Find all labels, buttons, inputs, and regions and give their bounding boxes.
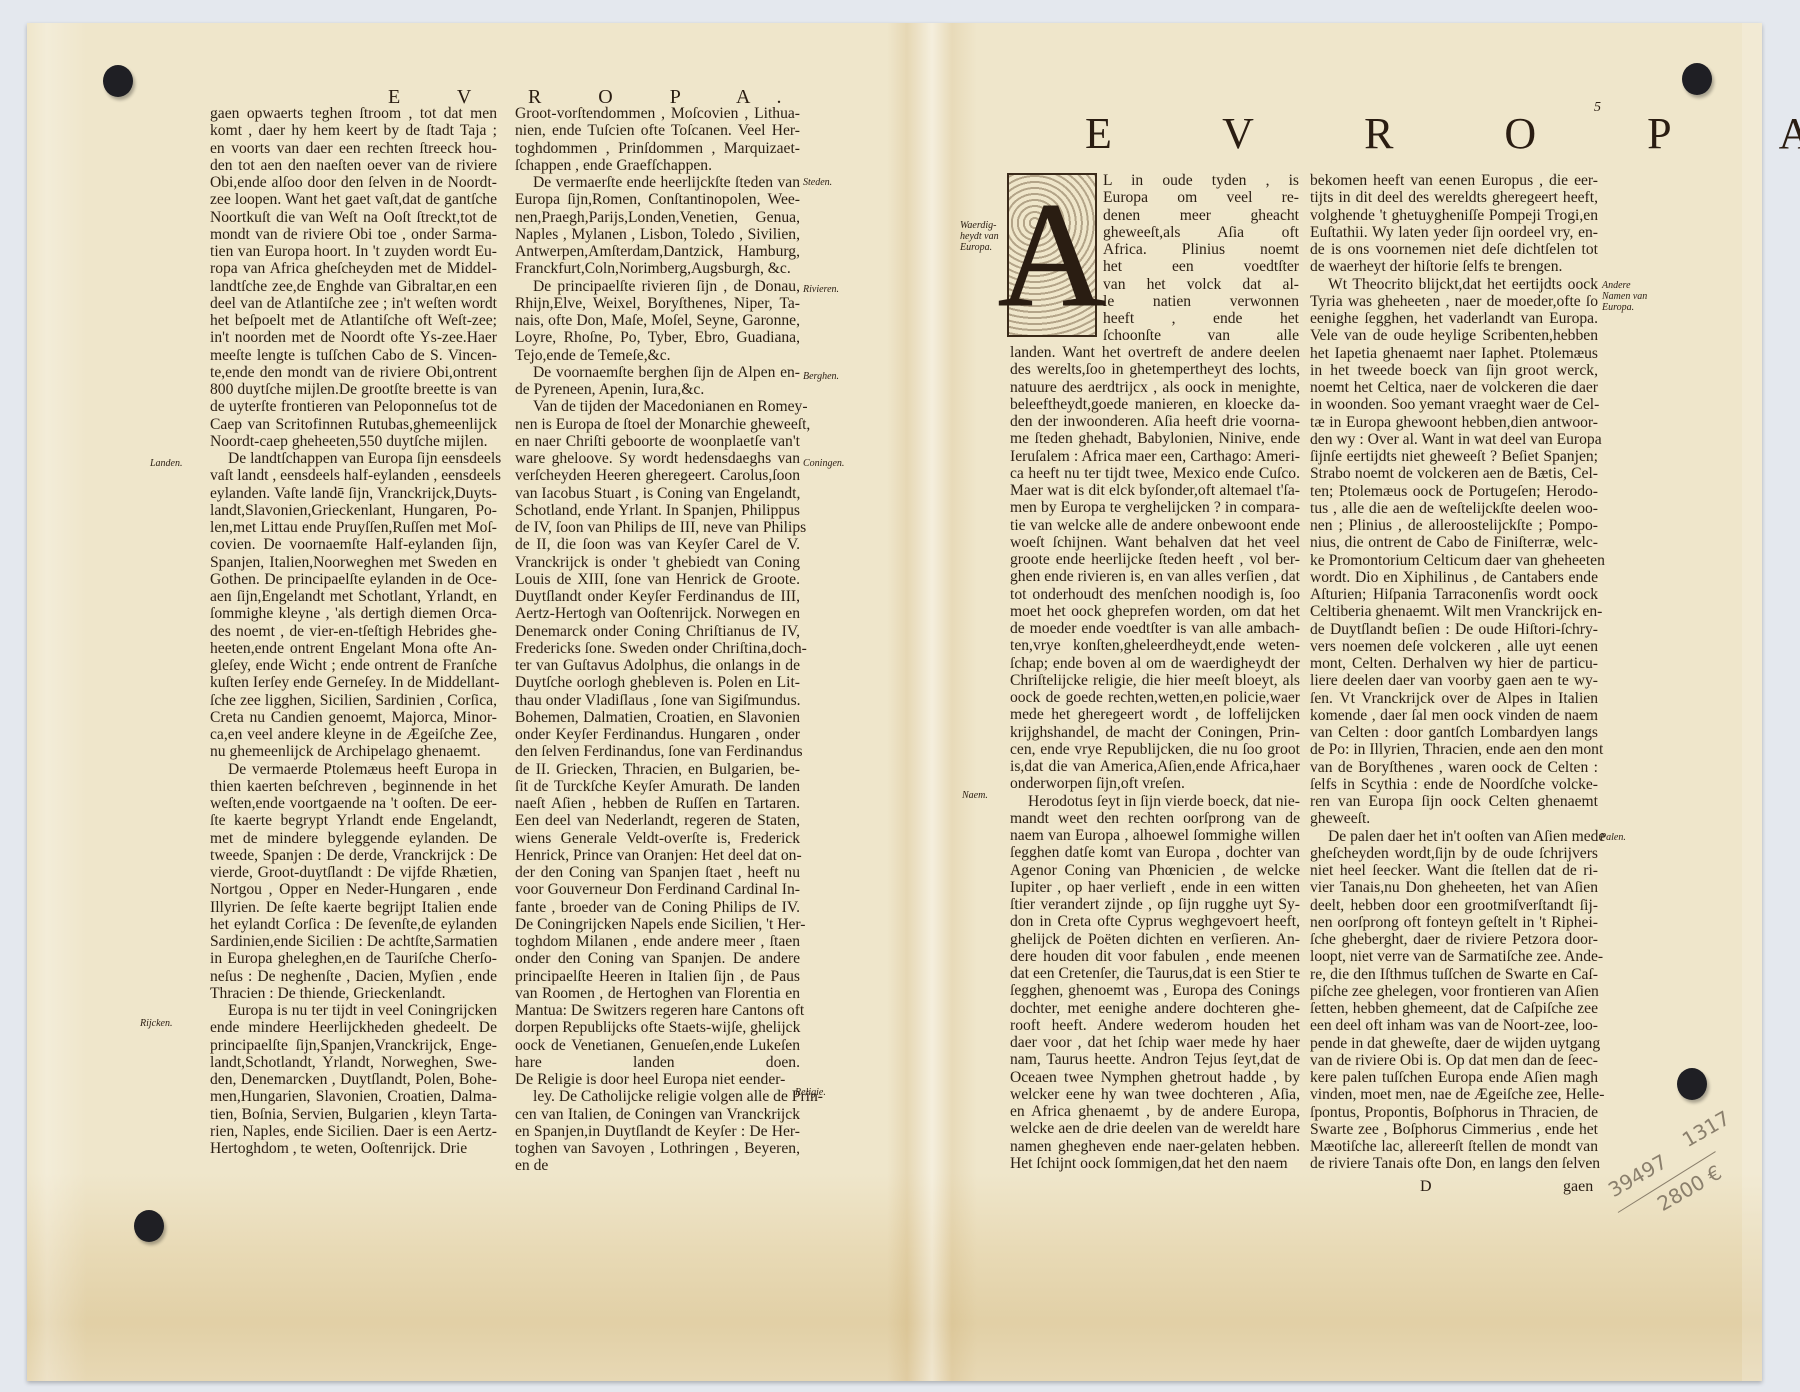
- text-line: Rhijn,Elve, Weixel, Boryſthenes, Niper, …: [515, 295, 800, 312]
- text-line: oock de goede rechten,wetten,en policie,…: [1010, 689, 1300, 706]
- text-line: rooft heeft. Andere wederom houden het: [1010, 1017, 1300, 1034]
- text-line: ter van Guſtavus Adolphus, die onlangs i…: [515, 657, 800, 674]
- text-line: ſommighe kleyne , 'als dertigh diemen Or…: [210, 605, 497, 622]
- text-line: loopt, niet verre van de Sarmatiſche zee…: [1310, 948, 1598, 965]
- margin-note-steden: Steden.: [803, 177, 832, 188]
- right-page-column-1: landen. Want het overtreft de andere dee…: [1010, 344, 1300, 1172]
- text-line: nen ; Plinius , de alleroostelijckſte ; …: [1310, 517, 1598, 534]
- text-line: tie van welcke alle de andere onbewoont …: [1010, 517, 1300, 534]
- magnet-mid-right: [1677, 1068, 1707, 1100]
- text-line: van Iacobus Stuart , is Coning van Engel…: [515, 485, 800, 502]
- text-line: landt,Slavonien,Grieckenlant, Hungaren, …: [210, 502, 497, 519]
- margin-note-palen: Palen.: [1600, 832, 1626, 843]
- text-line: vier Tanais,nu Don gheheeten, het van Aſ…: [1310, 879, 1598, 896]
- text-line: Franckfurt,Coln,Norimberg,Augsburgh, &c.: [515, 260, 800, 277]
- text-line: dat een Cretenſer, die Taurus,dat is een…: [1010, 965, 1300, 982]
- text-line: meeſte lengte is tuſſchen Cabo de S. Vin…: [210, 347, 497, 364]
- text-line: cen van Italien, de Coningen van Vranckr…: [515, 1106, 800, 1123]
- text-line: aen ſijn,Engelandt met Schotlant, Yrland…: [210, 588, 497, 605]
- text-line: Iupiter , op haer verlieft , ende in een…: [1010, 879, 1300, 896]
- text-line: dochter, met eenighe andere dochteren gh…: [1010, 1000, 1300, 1017]
- text-line: nius, die ontrent de Cabo de Finiſterræ,…: [1310, 534, 1598, 551]
- text-line: Tejo,ende de Temeſe,&c.: [515, 347, 800, 364]
- text-line: wordt. Dio en Xiphilinus , de Cantabers …: [1310, 569, 1598, 586]
- text-line: gleſey, ende Wicht ; ende ontrent de Fra…: [210, 657, 497, 674]
- text-line: Van de tijden der Macedonianen en Romey-: [515, 398, 800, 415]
- text-line: tien, Boſnia, Servien, Bulgarien , kleyn…: [210, 1106, 497, 1123]
- text-line: re, die den Iſthmus tuſſchen de Swarte e…: [1310, 966, 1598, 983]
- text-line: Chriſtelijcke religie, die hier meeſt bl…: [1010, 672, 1300, 689]
- text-line: ſchoonſte van alle: [1103, 327, 1299, 344]
- text-line: in woonden. Soo yemant vraeght waer de C…: [1310, 396, 1598, 413]
- text-line: men by Europa te verghelijcken ? in comp…: [1010, 499, 1300, 516]
- text-line: Naples , Mylanen , Lisbon, Toledo , Sivi…: [515, 226, 800, 243]
- text-line: ſijnſe eertijdts niet gheweeſt ? Beſiet …: [1310, 448, 1598, 465]
- text-line: den der inwoonderen. Aſia heeft drie voo…: [1010, 413, 1300, 430]
- text-line: onder den Coning van Spanjen. De andere: [515, 950, 800, 967]
- text-line: volghende 't ghetuygheniſſe Pompeji Trog…: [1310, 207, 1598, 224]
- text-line: nen is Europa de ſtoel der Monarchie ghe…: [515, 416, 800, 433]
- text-line: principaelſte Heeren in Italien ſijn , d…: [515, 968, 800, 985]
- text-line: niet heel ſeecker. Want die ſtellen dat …: [1310, 862, 1598, 879]
- text-line: don in Creta ofte Cyprus weghgevoert hee…: [1010, 913, 1300, 930]
- text-line: ley. De Catholijcke religie volgen alle …: [515, 1088, 800, 1105]
- text-line: beleeftheydt,goede manieren, en kloecke …: [1010, 396, 1300, 413]
- left-page-column-1: gaen opwaerts teghen ſtroom , tot dat me…: [210, 105, 497, 1157]
- text-line: Henrick, Prince van Oranjen: Het deel da…: [515, 847, 800, 864]
- text-line: den tot aen den naeſten oever van de riv…: [210, 157, 497, 174]
- text-line: van de riviere Obi is. Op dat men dan de…: [1310, 1052, 1598, 1069]
- text-line: tweede, Spanjen : De derde, Vranckrijck …: [210, 847, 497, 864]
- text-line: weſten,ende voortgaende na 't ooſten. De…: [210, 795, 497, 812]
- text-line: het beſpoelt met de Atlantiſche oft Weſt…: [210, 312, 497, 329]
- text-line: Gothen. De principaelſte eylanden in de …: [210, 571, 497, 588]
- text-line: mondt van de riviere Obi toe , onder Sar…: [210, 226, 497, 243]
- text-line: in't noorden met de Noordt ofte Ys-zee.H…: [210, 329, 497, 346]
- text-line: ware gheloove. Sy wordt hedensdaeghs van: [515, 450, 800, 467]
- text-line: Agenor Coning van Phœnicien , de welcke: [1010, 862, 1300, 879]
- text-line: Swarte zee , Boſphorus Cimmerius , ende …: [1310, 1121, 1598, 1138]
- text-line: Noortkuſt die van Weſt na Ooſt ſtreckt,t…: [210, 209, 497, 226]
- text-line: principaelſte ſijn,Spanjen,Vranckrijck, …: [210, 1037, 497, 1054]
- text-line: gheweeſt.: [1310, 810, 1598, 827]
- text-line: heeft , ende het: [1103, 310, 1299, 327]
- text-line: Tyria was gheheeten , naer de moeder,oft…: [1310, 293, 1598, 310]
- text-line: Africa. Plinius noemt: [1103, 241, 1299, 258]
- text-line: ſche zee ligghen, Sicilien, Sardinien , …: [210, 692, 497, 709]
- text-line: daer voor , dat het ſchip waer mede hy h…: [1010, 1034, 1300, 1051]
- text-line: en voorts van daer een rechten ſtreeck h…: [210, 140, 497, 157]
- text-line: van Roomen , de Hertoghen van Florentia …: [515, 985, 800, 1002]
- text-line: moet het oock gheprefen worden, om dat h…: [1010, 603, 1300, 620]
- text-line: ren van Europa ſijn oock Celten ghenaemt: [1310, 793, 1598, 810]
- text-line: L in oude tyden , is: [1103, 172, 1299, 189]
- text-line: Een deel van Nederlandt, regeren de Stat…: [515, 812, 800, 829]
- text-line: ſelfs in Scythia : ende de Noordſche vol…: [1310, 776, 1598, 793]
- text-line: bekomen heeft van eenen Europus , die ee…: [1310, 172, 1598, 189]
- text-line: De vermaerde Ptolemæus heeft Europa in: [210, 761, 497, 778]
- text-line: covien. De voornaemſte Half-eylanden ſij…: [210, 536, 497, 553]
- text-line: der den Coning van Spanjen ſtaet , heeft…: [515, 864, 800, 881]
- text-line: me ſteden ghehadt, Babylonien, Ninive, e…: [1010, 430, 1300, 447]
- text-line: komt , daer hy hem keert by de ſtadt Taj…: [210, 122, 497, 139]
- text-line: denen meer gheacht: [1103, 207, 1299, 224]
- text-line: Obi,ende alſoo door den ſelven in de Noo…: [210, 174, 497, 191]
- text-line: De Religie is door heel Europa niet eend…: [515, 1071, 800, 1088]
- catchword: gaen: [1563, 1178, 1593, 1196]
- text-line: noemt het Celtica, naer de volckeren die…: [1310, 379, 1598, 396]
- text-line: ca heeft nu ter tijdt twee, Mexico ende …: [1010, 465, 1300, 482]
- text-line: ſetten, hebben ghemeent, dat de Caſpiſch…: [1310, 1000, 1598, 1017]
- text-line: Thracien : De thiende, Grieckenlandt.: [210, 985, 497, 1002]
- text-line: zee loopen. Want het gaet vaſt,dat de ga…: [210, 191, 497, 208]
- text-line: landt,Schotlandt, Yrlandt, Norweghen, Sw…: [210, 1054, 497, 1071]
- text-line: is,dat die van America,Aſien,ende Africa…: [1010, 758, 1300, 775]
- text-line: len,met Littau ende Pruyſſen,Ruſſen met …: [210, 519, 497, 536]
- text-line: Mæotiſche lac, allereerſt ſtellen de mon…: [1310, 1138, 1598, 1155]
- text-line: woeſt ſchijnen. Want behalven dat het ve…: [1010, 534, 1300, 551]
- text-line: ende mindere Heerlijckheden ghedeelt. De: [210, 1019, 497, 1036]
- text-line: De landtſchappen van Europa ſijn eensdee…: [210, 450, 497, 467]
- text-line: ſche gheberght, daer de riviere Petzora …: [1310, 931, 1598, 948]
- text-line: des werelts,ſoo in ghetempertheyt des lo…: [1010, 361, 1300, 378]
- text-line: nen oorſprong oft fonteyn geſtelt in 't …: [1310, 914, 1598, 931]
- text-line: De palen daer het in't ooſten van Aſien …: [1310, 828, 1598, 845]
- text-line: namen ghegheven ende naer-gelaten hebben…: [1010, 1138, 1300, 1155]
- text-line: toghen van Savoyen , Lothringen , Beyere…: [515, 1140, 800, 1157]
- text-line: De voornaemſte berghen ſijn de Alpen en-: [515, 364, 800, 381]
- text-line: ſte kaerte begrypt Yrlandt ende Engeland…: [210, 812, 497, 829]
- text-line: den ſelven Ferdinandus, ſone van Ferdina…: [515, 743, 800, 760]
- text-line: de Po: in Illyrien, Thracien, ende aen d…: [1310, 741, 1598, 758]
- text-line: en Africa ghenaemt , by de andere Europa…: [1010, 1103, 1300, 1120]
- text-line: vaſt landt , eensdeels half-eylanden , e…: [210, 467, 497, 484]
- text-line: deelt, hebben door een grootmiſverſtandt…: [1310, 897, 1598, 914]
- magnet-top-right: [1682, 63, 1712, 95]
- text-line: Vele van de oude heylige Scribenten,hebb…: [1310, 327, 1598, 344]
- text-line: de moeder ende voedtſter is van alle amb…: [1010, 620, 1300, 637]
- text-line: gheſcheyden wordt,ſijn by de oude ſchrij…: [1310, 845, 1598, 862]
- text-line: natuure des aerdtrijcx , als oock in men…: [1010, 379, 1300, 396]
- margin-note-religie: Religie.: [795, 1087, 826, 1098]
- text-line: thau onder Vladiſlaus , ſone van Sigiſmu…: [515, 692, 800, 709]
- text-line: ke Promontorium Celticum daer van ghehee…: [1310, 552, 1598, 569]
- text-line: Nortgou , Opper en Neder-Hungaren , ende: [210, 881, 497, 898]
- text-line: in Europa gheleghen,en de Tauriſche Cher…: [210, 950, 497, 967]
- text-line: Hertoghdom , te weten, Ooſtenrijck. Drie: [210, 1140, 497, 1157]
- text-line: de Pyreneen, Apenin, Iura,&c.: [515, 381, 800, 398]
- text-line: en de: [515, 1157, 800, 1174]
- text-line: met de mindere byleggende eylanden. De: [210, 830, 497, 847]
- text-line: onder Keyſer Ferdinandus. Hungaren , ond…: [515, 726, 800, 743]
- text-line: toghdommen , Prinſdommen , Marquizaet-: [515, 140, 800, 157]
- text-line: ten; Ptolemæus oock de Portugeſen; Herod…: [1310, 483, 1598, 500]
- margin-note-coningen: Coningen.: [803, 458, 844, 469]
- text-line: tijts in dit deel des wereldts gheregeer…: [1310, 189, 1598, 206]
- text-line: ſpontus, Propontis, Boſphorus in Thracie…: [1310, 1104, 1598, 1121]
- left-page-column-2: Groot-vorſtendommen , Moſcovien , Lithua…: [515, 105, 800, 1175]
- text-line: de IV, ſoon van Philips de III, neve van…: [515, 519, 800, 536]
- text-line: gheweeſt,als Aſia oft: [1103, 224, 1299, 241]
- text-line: mede het gheregeert wordt , de loffelijc…: [1010, 706, 1300, 723]
- text-line: Herodotus ſeyt in ſijn vierde boeck, dat…: [1010, 793, 1300, 810]
- text-line: Loyre, Rhoſne, Po, Tyber, Ebro, Guadiana…: [515, 329, 800, 346]
- text-line: gaen opwaerts teghen ſtroom , tot dat me…: [210, 105, 497, 122]
- text-line: en naer Chriſti geboorte de woonplaetſe …: [515, 433, 800, 450]
- signature-mark: D: [1420, 1178, 1432, 1196]
- text-line: tot onderhoudt des menſchen noodigh is, …: [1010, 586, 1300, 603]
- text-line: eenighe ſegghen, het vaderlandt van Euro…: [1310, 310, 1598, 327]
- text-line: van de Boryſthenes , waren oock de Celte…: [1310, 759, 1598, 776]
- text-line: te,ende den mondt van de riviere Obi,ont…: [210, 364, 497, 381]
- text-line: tus , alle die aen de weſtelijckſte deel…: [1310, 500, 1598, 517]
- text-line: groote ende heerlijcke ſteden heeft , vo…: [1010, 551, 1300, 568]
- right-page-column-2: bekomen heeft van eenen Europus , die ee…: [1310, 172, 1598, 1173]
- text-line: Denemarck onder Coning Chriſtianus de IV…: [515, 623, 800, 640]
- margin-note-andere-namen: Andere Namen van Europa.: [1602, 280, 1658, 313]
- text-line: Wt Theocrito blijckt,dat het eertijdts o…: [1310, 276, 1598, 293]
- text-line: piſche zee ghelegen, voor frontieren van…: [1310, 983, 1598, 1000]
- decorated-initial-a: A: [1007, 173, 1097, 337]
- text-line: nien, ende Tuſcien ofte Toſcanen. Veel H…: [515, 122, 800, 139]
- text-line: het Iapetia ghenaemt naer Iaphet. Ptolem…: [1310, 345, 1598, 362]
- text-line: Mantua: De Switzers regeren hare Cantons…: [515, 1002, 800, 1019]
- text-line: de is ons voornemen niet deſe dichtſelen…: [1310, 241, 1598, 258]
- text-line: het een voedtſter: [1103, 258, 1299, 275]
- text-line: de uyterſte frontieren van Peloponneſus …: [210, 398, 497, 415]
- text-line: van Celten : door gantſch Lombardyen lan…: [1310, 724, 1598, 741]
- text-line: Het ſchijnt oock ſommigen,dat het den na…: [1010, 1155, 1300, 1172]
- text-line: nu ghemeenlijck de Archipelago ghenaemt.: [210, 743, 497, 760]
- text-line: ghen ende rivieren is, en van alles verſ…: [1010, 568, 1300, 585]
- text-line: ſegghen datſe komt van Europa , dochter …: [1010, 844, 1300, 861]
- text-line: en Spanjen,in Duytſlandt de Keyſer : De …: [515, 1123, 800, 1140]
- text-line: in het tweede boeck van ſijn groot werck…: [1310, 362, 1598, 379]
- text-line: Aſturien; Hiſpania Tarraconenſis wordt o…: [1310, 586, 1598, 603]
- text-line: thien kaerten beſchreven , beginnende in…: [210, 778, 497, 795]
- text-line: toghdom Milanen , ende andere meer , ſta…: [515, 933, 800, 950]
- text-line: Strabo noemt de volckeren aen de Bætis, …: [1310, 465, 1598, 482]
- text-line: deel van de Atlantiſche zee ; in't weſte…: [210, 295, 497, 312]
- text-line: Vranckrijck is onder 't ghebiedt van Con…: [515, 554, 800, 571]
- text-line: nen,Praegh,Parijs,Londen,Venetien, Genua…: [515, 209, 800, 226]
- text-line: rien, Naples, ende Sicilien. Daer is een…: [210, 1123, 497, 1140]
- text-line: De Coningrijcken Napels ende Sicilien, '…: [515, 916, 800, 933]
- text-line: Caep van Scritofinnen Rutubas,ghemeenlij…: [210, 416, 497, 433]
- text-line: de riviere Tanais ofte Don, en langs den…: [1310, 1155, 1598, 1172]
- text-line: cen, ende vrye Republijcken, die nu ſoo …: [1010, 741, 1300, 758]
- text-line: 800 duytſche mijlen.De grootſte breette …: [210, 381, 497, 398]
- text-line: Euſtathii. Wy laten yeder ſijn oordeel v…: [1310, 224, 1598, 241]
- text-line: Celtiberia ghenaemt. Wilt men Vranckrijc…: [1310, 603, 1598, 620]
- text-line: nam, Taurus heette. Andron Tejus ſeyt,da…: [1010, 1051, 1300, 1068]
- text-line: komende , daer ſal men oock vinden de na…: [1310, 707, 1598, 724]
- text-line: landen. Want het overtreft de andere dee…: [1010, 344, 1300, 361]
- text-line: kere palen tuſſchen Europa ende Aſien ma…: [1310, 1069, 1598, 1086]
- margin-note-naem: Naem.: [962, 790, 988, 801]
- right-page-title: E V R O P A.: [1085, 108, 1800, 159]
- magnet-top-left: [103, 65, 133, 97]
- text-line: Fredericks ſone. Sweden onder Chriſtina,…: [515, 640, 800, 657]
- text-line: ſtier verandert zijnde , op ſijn rugghe …: [1010, 896, 1300, 913]
- margin-note-landen: Landen.: [150, 458, 183, 469]
- text-line: vers noemen deſe volckeren , alle uyt ee…: [1310, 638, 1598, 655]
- text-line: ſchap; ende boven al om de waerdigheydt …: [1010, 655, 1300, 672]
- margin-note-berghen: Berghen.: [803, 371, 839, 382]
- margin-note-rivieren: Rivieren.: [803, 284, 839, 295]
- text-line: nais, ofte Don, Maſe, Moſel, Seyne, Garo…: [515, 312, 800, 329]
- text-line: van het volck dat al-: [1103, 276, 1299, 293]
- text-line: eylanden. Vaſte landē ſijn, Vranckrijck,…: [210, 485, 497, 502]
- text-line: ten,vrye konſten,gheleerdheydt,ende wete…: [1010, 637, 1300, 654]
- margin-note-waerdigheydt: Waerdig-heydt van Europa.: [960, 220, 1002, 253]
- text-line: mandt weet den rechten oorſprong van de: [1010, 810, 1300, 827]
- text-line: vinden, moet men, nae de Ægeiſche zee, H…: [1310, 1086, 1598, 1103]
- text-line: tæ in Europa ghewoont hebben,dien antwoo…: [1310, 414, 1598, 431]
- text-line: men,Hungarien, Slavonien, Croatien, Dalm…: [210, 1088, 497, 1105]
- margin-note-rijcken: Rijcken.: [140, 1018, 172, 1029]
- text-line: Duytſche oorlogh ghebleven is. Polen en …: [515, 674, 800, 691]
- text-line: ſen. Vt Vranckrijck over de Alpes in Ita…: [1310, 690, 1598, 707]
- text-line: Spanjen, Italien,Noorweghen met Sweden e…: [210, 554, 497, 571]
- text-line: le natien verwonnen: [1103, 293, 1299, 310]
- text-line: kuſten Ierſey ende Gerneſey. In de Midde…: [210, 674, 497, 691]
- text-line: hare landen doen.: [515, 1054, 800, 1071]
- text-line: fante , broeder van de Coning Philips de…: [515, 899, 800, 916]
- text-line: des noemt , de vier-en-tſeſtigh Hebrides…: [210, 623, 497, 640]
- text-line: Schotland, ende Yrlant. In Spanjen, Phil…: [515, 502, 800, 519]
- text-line: naem van Europa , alhoewel ſommighe will…: [1010, 827, 1300, 844]
- text-line: Antwerpen,Amſterdam,Dantzick, Hamburg,: [515, 243, 800, 260]
- text-line: liere deelen daer van voorby gaen aen te…: [1310, 672, 1598, 689]
- text-line: Creta nu Candien genoemt, Majorca, Minor…: [210, 709, 497, 726]
- text-line: Illyrien. De ſeſte kaerte begrijpt Itali…: [210, 899, 497, 916]
- text-line: heeten,ende ontrent Engelant Mona ofte A…: [210, 640, 497, 657]
- text-line: De principaelſte rivieren ſijn , de Dona…: [515, 278, 800, 295]
- text-line: voor Gouverneur Don Ferdinand Cardinal I…: [515, 881, 800, 898]
- text-line: Europa om veel re-: [1103, 189, 1299, 206]
- text-line: onderworpen ſijn,oft vreſen.: [1010, 775, 1300, 792]
- text-line: ca,en veel andere kleyne in de Ægeiſche …: [210, 726, 497, 743]
- page-number: 5: [1594, 100, 1601, 116]
- text-line: pende in dat gheweſte, daer de wijden uy…: [1310, 1035, 1598, 1052]
- text-line: ſchappen , ende Graefſchappen.: [515, 157, 800, 174]
- text-line: landtſche zee,de Enghde van Gibraltar,en…: [210, 278, 497, 295]
- text-line: de II. Griecken, Thracien, en Bulgarien,…: [515, 761, 800, 778]
- text-line: Louis de XIII, ſone van Henrick de Groot…: [515, 571, 800, 588]
- text-line: dere houden dit voor fabulen , ende meen…: [1010, 948, 1300, 965]
- text-line: De vermaerſte ende heerlijckſte ſteden v…: [515, 174, 800, 191]
- text-line: Noordt-caep gheheeten,550 duytſche mijle…: [210, 433, 497, 450]
- text-line: Sardinien,ende Sicilien : De achtſte,Sar…: [210, 933, 497, 950]
- magnet-bottom-left: [134, 1210, 164, 1242]
- text-line: het eylandt Corſica : De ſevenſte,de eyl…: [210, 916, 497, 933]
- text-line: Bohemen, Dalmatien, Croatien, en Slavoni…: [515, 709, 800, 726]
- text-line: den, Denemarcken , Duytſlandt, Polen, Bo…: [210, 1071, 497, 1088]
- text-line: tien van Europa hoort. In 't zuyden word…: [210, 243, 497, 260]
- text-line: Maer wat is dit elck byſonder,oft altema…: [1010, 482, 1300, 499]
- text-line: de waerheyt der hiſtorie ſelfs te brenge…: [1310, 258, 1598, 275]
- text-line: mont, Celten. Derhalven wy hier de parti…: [1310, 655, 1598, 672]
- text-line: ſegghen, ghenoemt was , Europa des Conin…: [1010, 982, 1300, 999]
- text-line: neſus : De neghenſte , Dacien, Myſien , …: [210, 968, 497, 985]
- text-line: Europa is nu ter tijdt in veel Coningrij…: [210, 1002, 497, 1019]
- text-line: de II, die ſoon was van Keyſer Carel de …: [515, 536, 800, 553]
- text-line: een deel oft inham was van de Noort-zee,…: [1310, 1017, 1598, 1034]
- text-line: de Duytſlandt beſien : De oude Hiſtori-ſ…: [1310, 621, 1598, 638]
- text-line: Europa ſijn,Romen, Conſtantinopolen, Wee…: [515, 191, 800, 208]
- text-line: Groot-vorſtendommen , Moſcovien , Lithua…: [515, 105, 800, 122]
- text-line: den wy : Over al. Want in wat deel van E…: [1310, 431, 1598, 448]
- text-line: ghelijck de Poëten dichten en verſieren.…: [1010, 931, 1300, 948]
- paper-edge-strip: [1742, 23, 1762, 1381]
- text-line: ſit de Turckſche Keyſer Amurath. De land…: [515, 778, 800, 795]
- text-line: verſcheyden Heeren gheregeert. Carolus,ſ…: [515, 467, 800, 484]
- text-line: krijghshandel, de macht der Coningen, Pr…: [1010, 724, 1300, 741]
- text-line: welcker eene hy wan twee dochteren , Aſi…: [1010, 1086, 1300, 1103]
- text-line: dorpen Republijcks ofte Staets-wijſe, gh…: [515, 1019, 800, 1036]
- text-line: ropa van Africa gheſcheyden met de Midde…: [210, 260, 497, 277]
- text-line: Oceaen twee Nymphen ghetrout hadde , by: [1010, 1069, 1300, 1086]
- right-page-text-beside-initial: L in oude tyden , isEuropa om veel re-de…: [1103, 172, 1299, 345]
- text-line: Ieruſalem : Africa maer een, Carthago: A…: [1010, 448, 1300, 465]
- text-line: Duytſlandt onder Keyſer Ferdinandus de I…: [515, 588, 800, 605]
- text-line: Aertz-Hertogh van Ooſtenrijck. Norwegen …: [515, 605, 800, 622]
- text-line: wiens Generale Veldt-overſte is, Frederi…: [515, 830, 800, 847]
- text-line: vierde, Groot-duytſlandt : De vijfde Rhæ…: [210, 864, 497, 881]
- text-line: welcke aen de drie deelen van de wereldt…: [1010, 1120, 1300, 1137]
- text-line: naeſt Aſien , hebben de Ruſſen en Tartar…: [515, 795, 800, 812]
- text-line: oock de Venetianen, Genueſen,ende Lukeſe…: [515, 1037, 800, 1054]
